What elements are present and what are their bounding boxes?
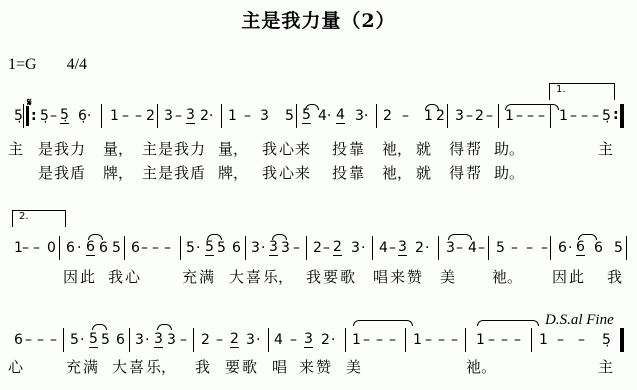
repeat-dots: :	[31, 108, 37, 124]
note: ·	[425, 240, 429, 256]
lyric-syllable: 来	[295, 138, 310, 159]
lyric-syllable: 牌，	[103, 162, 133, 183]
lyric-syllable: 我	[54, 162, 69, 183]
note: 1	[110, 108, 119, 124]
barline	[550, 236, 551, 260]
barline	[23, 104, 24, 128]
lyric-syllable: 量，	[103, 138, 133, 159]
note: 3	[186, 108, 195, 124]
tie	[92, 324, 107, 330]
note: –	[22, 240, 29, 256]
note: –	[451, 332, 458, 348]
note: 1	[424, 108, 433, 124]
tie	[505, 104, 559, 110]
lyric-syllable: 我	[306, 266, 321, 287]
lyric-syllable: 美	[440, 266, 455, 287]
ds-al-fine-marking: D.S.al Fine	[545, 312, 614, 329]
note: 3	[260, 108, 269, 124]
volta-first-ending: 1.	[549, 83, 615, 100]
lyric-syllable: 祂，	[382, 162, 412, 183]
barline	[438, 236, 439, 260]
note: 2	[146, 108, 155, 124]
note: 3	[281, 240, 290, 256]
lyric-syllable: 来	[295, 162, 310, 183]
note: 3	[251, 240, 260, 256]
note: ·	[77, 240, 81, 256]
barline	[193, 328, 194, 352]
barline	[124, 236, 125, 260]
barline	[306, 236, 307, 260]
note: 6	[99, 240, 108, 256]
lyric-syllable: 赞	[316, 356, 331, 377]
lyric-syllable: 靠	[349, 162, 364, 183]
note: 6	[116, 332, 125, 348]
lyric-syllable: 歌	[242, 356, 257, 377]
lyric-syllable: 是	[158, 138, 173, 159]
note: 1	[539, 332, 548, 348]
note: 6	[558, 240, 567, 256]
lyric-syllable: 助。	[494, 162, 524, 183]
barline	[101, 104, 102, 128]
note: 5	[70, 332, 79, 348]
barline	[129, 328, 130, 352]
lyric-syllable: 得	[449, 138, 464, 159]
lyric-syllable: 乐，	[263, 266, 293, 287]
note: 5̣	[14, 108, 23, 124]
note: –	[527, 108, 534, 124]
note: –	[438, 332, 445, 348]
lyric-syllable: 投	[332, 162, 347, 183]
note: 5	[89, 332, 98, 348]
note: –	[244, 108, 251, 124]
note: 0	[47, 240, 56, 256]
segno-icon: 𝄋	[27, 96, 32, 110]
tie	[448, 234, 472, 240]
note: 1	[413, 332, 422, 348]
lyric-syllable: 靠	[349, 138, 364, 159]
lyric-syllable: 此	[569, 266, 584, 287]
lyric-syllable: 歌	[340, 266, 355, 287]
note: –	[33, 240, 40, 256]
note: 6	[576, 240, 585, 256]
note: –	[557, 332, 564, 348]
lyric-syllable: 我	[174, 138, 189, 159]
note: –	[122, 108, 129, 124]
tie	[207, 234, 222, 240]
final-barline	[620, 328, 624, 352]
lyric-syllable: 我	[262, 138, 277, 159]
note: 5̣	[40, 108, 49, 124]
note: –	[578, 332, 585, 348]
lyric-syllable: 盾	[190, 162, 205, 183]
barline	[268, 328, 269, 352]
note: 5	[285, 108, 294, 124]
note: 3	[135, 332, 144, 348]
barline	[221, 104, 222, 128]
note: –	[538, 108, 545, 124]
lyric-syllable: 我	[262, 162, 277, 183]
lyric-syllable: 帮	[466, 162, 481, 183]
note: –	[323, 240, 330, 256]
note: –	[511, 240, 518, 256]
lyric-syllable: 帮	[466, 138, 481, 159]
volta-second-ending: 2.	[12, 210, 66, 227]
barline	[626, 236, 627, 260]
note: ·	[331, 332, 335, 348]
note: –	[152, 240, 159, 256]
lyric-syllable: 主	[142, 138, 157, 159]
lyric-syllable: 投	[332, 138, 347, 159]
lyric-syllable: 充	[66, 356, 81, 377]
note: –	[141, 240, 148, 256]
lyric-syllable: 赞	[407, 266, 422, 287]
note: 1	[228, 108, 237, 124]
barline	[405, 328, 406, 352]
note: 3	[304, 332, 313, 348]
note: 1	[559, 108, 568, 124]
note: 6	[131, 240, 140, 256]
lyric-syllable: 心	[8, 356, 23, 377]
note: –	[180, 332, 187, 348]
note: 2	[415, 240, 424, 256]
score-meta: 1=G 4/4	[8, 56, 113, 74]
note: 3	[446, 240, 455, 256]
note: 3·	[355, 108, 368, 124]
lyric-syllable: 唱	[272, 356, 287, 377]
tie	[353, 320, 413, 326]
note: 3	[167, 332, 176, 348]
lyric-syllable: 主	[8, 138, 23, 159]
lyric-syllable: 心	[279, 138, 294, 159]
note: 2	[383, 108, 392, 124]
note: 4	[379, 240, 388, 256]
note: 6	[86, 240, 95, 256]
score-title: 主是我力量（2）	[0, 6, 637, 33]
barline	[465, 328, 466, 352]
lyric-syllable: 祂。	[466, 356, 496, 377]
lyric-syllable: 因	[552, 266, 567, 287]
tie	[578, 234, 597, 240]
lyric-syllable: 就	[416, 138, 431, 159]
note: 2·	[200, 108, 213, 124]
note: 2	[230, 332, 239, 348]
lyric-syllable: 我	[195, 356, 210, 377]
lyric-syllable: 充	[182, 266, 197, 287]
tie	[272, 234, 287, 240]
lyric-syllable: 是	[38, 162, 53, 183]
lyric-syllable: 主	[598, 138, 613, 159]
note: 2	[475, 108, 484, 124]
volta-1-label: 1.	[556, 84, 566, 95]
lyric-syllable: 心	[279, 162, 294, 183]
barline	[180, 236, 181, 260]
barline	[531, 328, 532, 352]
barline	[59, 236, 60, 260]
note: 5	[496, 240, 505, 256]
lyric-syllable: 大	[112, 356, 127, 377]
lyric-syllable: 心	[125, 266, 140, 287]
note: 3	[246, 332, 255, 348]
note: –	[135, 108, 142, 124]
barline	[376, 104, 377, 128]
lyric-syllable: 满	[83, 356, 98, 377]
barline	[157, 104, 158, 128]
note: ·	[568, 240, 572, 256]
note: –	[425, 332, 432, 348]
note: 6	[232, 240, 241, 256]
note: 6	[14, 332, 23, 348]
barline	[447, 104, 448, 128]
note: 3	[398, 240, 407, 256]
note: ·	[261, 240, 265, 256]
note: 6	[66, 240, 75, 256]
note: 3	[164, 108, 173, 124]
note: 5	[186, 240, 195, 256]
note: 3	[351, 240, 360, 256]
repeat-end-barline	[620, 104, 624, 128]
note: 5̣	[602, 332, 611, 348]
note: 2	[201, 332, 210, 348]
note: –	[25, 332, 32, 348]
note: 5	[112, 240, 121, 256]
lyric-syllable: 盾	[70, 162, 85, 183]
lyric-syllable: 大	[229, 266, 244, 287]
note: ·	[256, 332, 260, 348]
lyric-syllable: 喜	[246, 266, 261, 287]
lyric-syllable: 助。	[494, 138, 524, 159]
note: 4	[468, 240, 477, 256]
lyric-syllable: 祂，	[382, 138, 412, 159]
note: –	[293, 240, 300, 256]
barline	[498, 104, 499, 128]
volta-2-label: 2.	[19, 211, 29, 222]
note: 5	[101, 332, 110, 348]
lyric-syllable: 唱	[373, 266, 388, 287]
repeat-dots: :	[613, 107, 619, 123]
lyric-syllable: 乐，	[146, 356, 176, 377]
tie	[157, 324, 172, 330]
lyric-syllable: 是	[158, 162, 173, 183]
barline	[245, 236, 246, 260]
note: 4·	[318, 108, 331, 124]
lyric-syllable: 我	[607, 266, 622, 287]
note: –	[402, 108, 409, 124]
barline	[345, 328, 346, 352]
note: ·	[80, 332, 84, 348]
note: –	[164, 240, 171, 256]
lyric-syllable: 此	[80, 266, 95, 287]
note: 1	[505, 108, 514, 124]
lyric-syllable: 祂。	[492, 266, 522, 287]
note: –	[290, 332, 297, 348]
note: –	[541, 240, 548, 256]
lyric-syllable: 喜	[129, 356, 144, 377]
lyric-syllable: 我	[54, 138, 69, 159]
note: –	[486, 108, 493, 124]
lyric-syllable: 力	[190, 138, 205, 159]
note: 2	[436, 108, 445, 124]
barline	[372, 236, 373, 260]
note: –	[514, 332, 521, 348]
lyric-syllable: 是	[38, 138, 53, 159]
note: –	[516, 108, 523, 124]
lyric-syllable: 牌，	[218, 162, 248, 183]
lyric-syllable: 我	[174, 162, 189, 183]
note: ·	[196, 240, 200, 256]
lyric-syllable: 主	[598, 356, 613, 377]
note: ·	[361, 240, 365, 256]
note: 5	[614, 240, 623, 256]
lyric-syllable: 我	[108, 266, 123, 287]
note: 1	[352, 332, 361, 348]
note: 4	[336, 108, 345, 124]
note: –	[363, 332, 370, 348]
note: –	[581, 108, 588, 124]
barline	[63, 328, 64, 352]
note: 3	[269, 240, 278, 256]
note: –	[456, 240, 463, 256]
lyric-syllable: 要	[323, 266, 338, 287]
note: –	[466, 108, 473, 124]
note: –	[175, 108, 182, 124]
note: ·	[145, 332, 149, 348]
lyric-syllable: 要	[225, 356, 240, 377]
note: –	[50, 108, 57, 124]
lyric-syllable: 力	[70, 138, 85, 159]
tie	[305, 104, 319, 110]
note: 5	[205, 240, 214, 256]
lyric-syllable: 量，	[218, 138, 248, 159]
lyric-syllable: 美	[346, 356, 361, 377]
note: 3	[455, 108, 464, 124]
note: –	[478, 240, 485, 256]
note: –	[376, 332, 383, 348]
note: 2	[321, 332, 330, 348]
note: –	[389, 332, 396, 348]
key-signature: 1=G	[8, 56, 37, 73]
note: –	[37, 332, 44, 348]
lyric-syllable: 主	[142, 162, 157, 183]
note: –	[501, 332, 508, 348]
lyric-syllable: 就	[416, 162, 431, 183]
time-signature: 4/4	[67, 56, 87, 73]
note: –	[592, 108, 599, 124]
note: –	[389, 240, 396, 256]
note: –	[488, 332, 495, 348]
note: –	[526, 240, 533, 256]
tie	[88, 234, 103, 240]
note: 4	[274, 332, 283, 348]
note: 2	[333, 240, 342, 256]
lyric-syllable: 因	[63, 266, 78, 287]
note: 5	[302, 108, 311, 124]
note: –	[570, 108, 577, 124]
lyric-syllable: 得	[449, 162, 464, 183]
note: –	[50, 332, 57, 348]
note: 3	[154, 332, 163, 348]
note: 5̣	[602, 108, 611, 124]
barline	[488, 236, 489, 260]
lyric-syllable: 来	[390, 266, 405, 287]
note: 6̣·	[78, 108, 91, 124]
note: 5̣	[60, 108, 69, 124]
note: 2	[313, 240, 322, 256]
tie	[425, 104, 439, 110]
lyric-syllable: 来	[299, 356, 314, 377]
note: –	[216, 332, 223, 348]
note: 5	[217, 240, 226, 256]
note: 1	[476, 332, 485, 348]
note: 6	[594, 240, 603, 256]
lyric-syllable: 满	[199, 266, 214, 287]
tie	[477, 320, 539, 326]
barline	[296, 104, 297, 128]
